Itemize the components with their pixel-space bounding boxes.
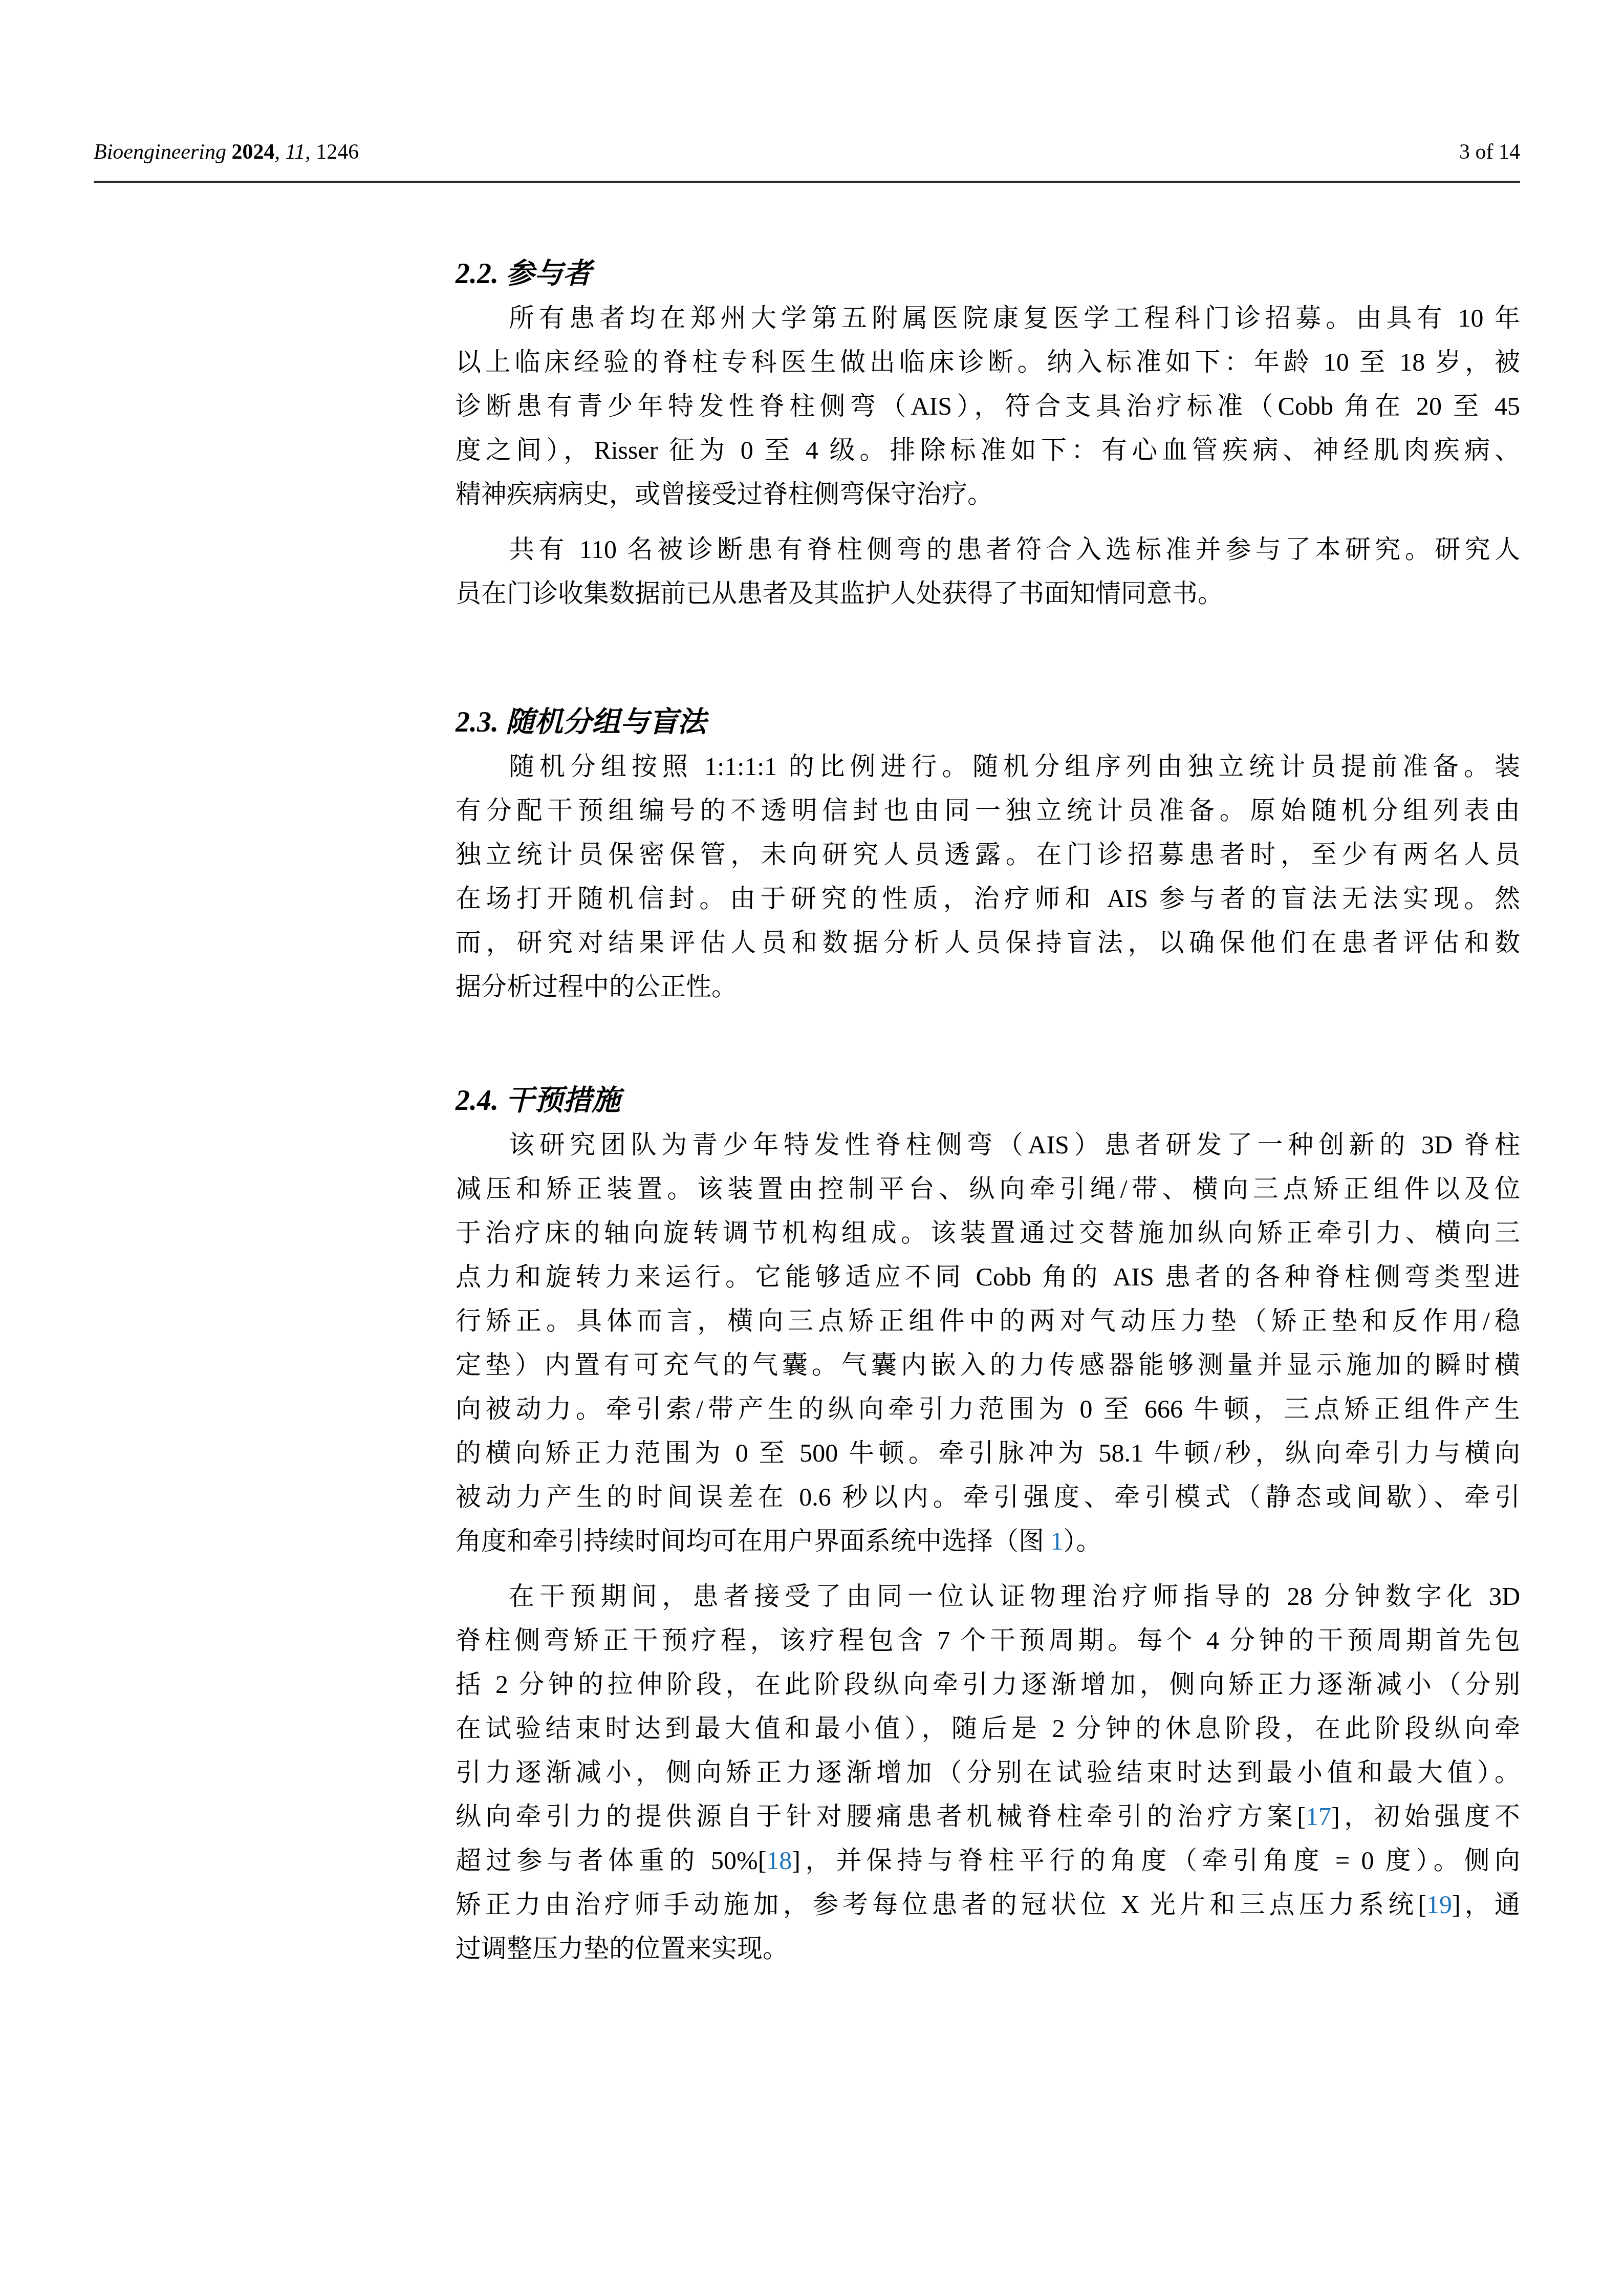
text-line: 引力逐渐减小，侧向矫正力逐渐增加（分别在试验结束时达到最小值和最大值）。: [456, 1750, 1520, 1794]
section-heading: 2.3. 随机分组与盲法: [456, 700, 1520, 744]
reference-link[interactable]: 17: [1306, 1802, 1331, 1831]
reference-link[interactable]: 19: [1426, 1890, 1452, 1919]
reference-link[interactable]: 18: [766, 1846, 792, 1875]
text-line: 行矫正。具体而言，横向三点矫正组件中的两对气动压力垫（矫正垫和反作用/稳: [456, 1299, 1520, 1343]
text-line: 在场打开随机信封。由于研究的性质，治疗师和 AIS 参与者的盲法无法实现。然: [456, 876, 1520, 920]
text-line: 向被动力。牵引索/带产生的纵向牵引力范围为 0 至 666 牛顿，三点矫正组件产…: [456, 1387, 1520, 1431]
section-heading: 2.2. 参与者: [456, 252, 1520, 296]
text-line: 的横向矫正力范围为 0 至 500 牛顿。牵引脉冲为 58.1 牛顿/秒，纵向牵…: [456, 1431, 1520, 1475]
text-segment: , 1246: [305, 140, 359, 164]
text-line: 点力和旋转力来运行。它能够适应不同 Cobb 角的 AIS 患者的各种脊柱侧弯类…: [456, 1255, 1520, 1299]
italic-text: Bioengineering: [94, 140, 226, 164]
section: 2.4. 干预措施该研究团队为青少年特发性脊柱侧弯（AIS）患者研发了一种创新的…: [456, 1079, 1520, 1970]
text-line: 有分配干预组编号的不透明信封也由同一独立统计员准备。原始随机分组列表由: [456, 788, 1520, 832]
text-line: 共有 110 名被诊断患有脊柱侧弯的患者符合入选标准并参与了本研究。研究人: [456, 527, 1520, 571]
text-line: 定垫）内置有可充气的气囊。气囊内嵌入的力传感器能够测量并显示施加的瞬时横: [456, 1343, 1520, 1387]
text-line: 超过参与者体重的 50%[18]，并保持与脊柱平行的角度（牵引角度 = 0 度）…: [456, 1838, 1520, 1882]
page: Bioengineering 2024, 11, 1246 3 of 14 2.…: [0, 0, 1624, 2296]
text-line: 被动力产生的时间误差在 0.6 秒以内。牵引强度、牵引模式（静态或间歇）、牵引: [456, 1475, 1520, 1519]
section: 2.3. 随机分组与盲法随机分组按照 1:1:1:1 的比例进行。随机分组序列由…: [456, 700, 1520, 1008]
paragraph: 该研究团队为青少年特发性脊柱侧弯（AIS）患者研发了一种创新的 3D 脊柱减压和…: [456, 1123, 1520, 1563]
journal-citation: Bioengineering 2024, 11, 1246: [94, 139, 359, 165]
text-line: 减压和矫正装置。该装置由控制平台、纵向牵引绳/带、横向三点矫正组件以及位: [456, 1167, 1520, 1211]
section: 2.2. 参与者所有患者均在郑州大学第五附属医院康复医学工程科门诊招募。由具有 …: [456, 252, 1520, 615]
text-line: 在试验结束时达到最大值和最小值），随后是 2 分钟的休息阶段，在此阶段纵向牵: [456, 1706, 1520, 1750]
text-line: 员在门诊收集数据前已从患者及其监护人处获得了书面知情同意书。: [456, 571, 1520, 615]
text-line: 度之间），Risser 征为 0 至 4 级。排除标准如下：有心血管疾病、神经肌…: [456, 428, 1520, 472]
paragraph: 随机分组按照 1:1:1:1 的比例进行。随机分组序列由独立统计员提前准备。装有…: [456, 744, 1520, 1008]
paragraph: 共有 110 名被诊断患有脊柱侧弯的患者符合入选标准并参与了本研究。研究人员在门…: [456, 527, 1520, 615]
text-line: 该研究团队为青少年特发性脊柱侧弯（AIS）患者研发了一种创新的 3D 脊柱: [456, 1123, 1520, 1167]
text-segment: ,: [274, 140, 285, 164]
text-line: 精神疾病病史，或曾接受过脊柱侧弯保守治疗。: [456, 472, 1520, 516]
section-heading: 2.4. 干预措施: [456, 1079, 1520, 1123]
page-number: 3 of 14: [1459, 139, 1520, 165]
italic-text: 11: [285, 140, 305, 164]
text-line: 在干预期间，患者接受了由同一位认证物理治疗师指导的 28 分钟数字化 3D: [456, 1574, 1520, 1618]
bold-text: 2024: [231, 140, 274, 164]
paragraph: 在干预期间，患者接受了由同一位认证物理治疗师指导的 28 分钟数字化 3D脊柱侧…: [456, 1574, 1520, 1970]
text-line: 矫正力由治疗师手动施加，参考每位患者的冠状位 X 光片和三点压力系统[19]，通: [456, 1882, 1520, 1926]
text-line: 括 2 分钟的拉伸阶段，在此阶段纵向牵引力逐渐增加，侧向矫正力逐渐减小（分别: [456, 1662, 1520, 1706]
text-line: 独立统计员保密保管，未向研究人员透露。在门诊招募患者时，至少有两名人员: [456, 832, 1520, 876]
text-line: 于治疗床的轴向旋转调节机构组成。该装置通过交替施加纵向矫正牵引力、横向三: [456, 1211, 1520, 1255]
text-line: 随机分组按照 1:1:1:1 的比例进行。随机分组序列由独立统计员提前准备。装: [456, 744, 1520, 788]
header-rule: [94, 181, 1520, 183]
text-segment: [226, 140, 232, 164]
text-line: 据分析过程中的公正性。: [456, 964, 1520, 1008]
text-line: 而，研究对结果评估人员和数据分析人员保持盲法，以确保他们在患者评估和数: [456, 920, 1520, 964]
text-line: 纵向牵引力的提供源自于针对腰痛患者机械脊柱牵引的治疗方案[17]，初始强度不: [456, 1794, 1520, 1838]
paragraph: 所有患者均在郑州大学第五附属医院康复医学工程科门诊招募。由具有 10 年以上临床…: [456, 296, 1520, 516]
text-line: 过调整压力垫的位置来实现。: [456, 1926, 1520, 1970]
text-line: 脊柱侧弯矫正干预疗程，该疗程包含 7 个干预周期。每个 4 分钟的干预周期首先包: [456, 1618, 1520, 1662]
text-line: 以上临床经验的脊柱专科医生做出临床诊断。纳入标准如下：年龄 10 至 18 岁，…: [456, 340, 1520, 384]
text-line: 诊断患有青少年特发性脊柱侧弯（AIS），符合支具治疗标准（Cobb 角在 20 …: [456, 384, 1520, 428]
running-header: Bioengineering 2024, 11, 1246 3 of 14: [94, 139, 1520, 165]
text-line: 所有患者均在郑州大学第五附属医院康复医学工程科门诊招募。由具有 10 年: [456, 296, 1520, 340]
document-body: 2.2. 参与者所有患者均在郑州大学第五附属医院康复医学工程科门诊招募。由具有 …: [456, 252, 1520, 1970]
text-line: 角度和牵引持续时间均可在用户界面系统中选择（图 1）。: [456, 1519, 1520, 1563]
reference-link[interactable]: 1: [1051, 1527, 1064, 1555]
